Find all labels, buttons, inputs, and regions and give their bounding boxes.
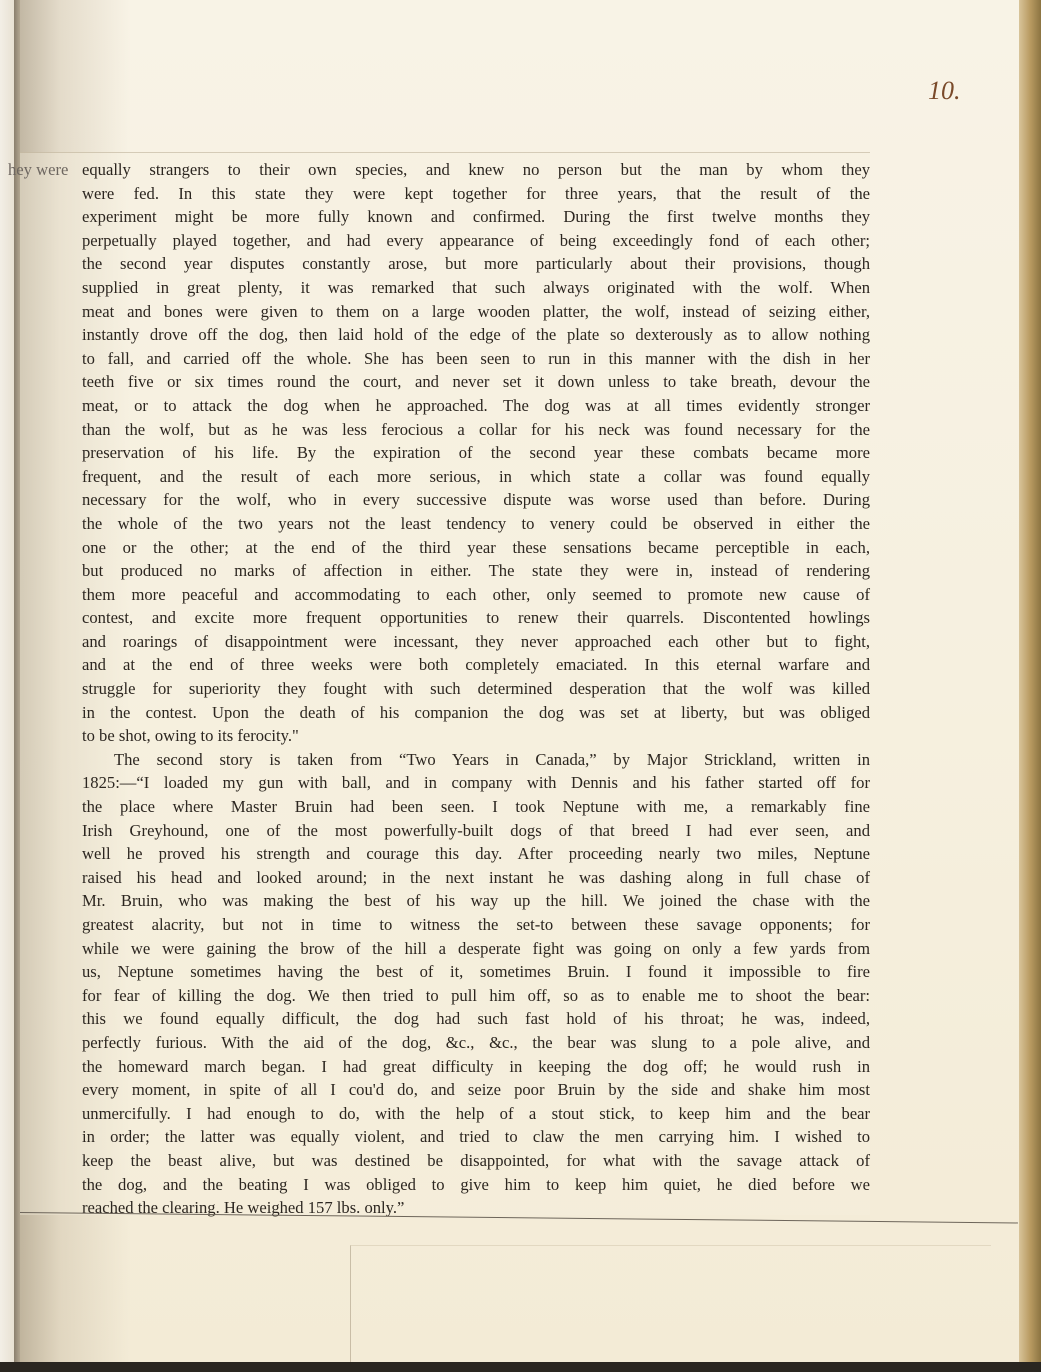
- text-line: greatest alacrity, but not in time to wi…: [82, 913, 870, 937]
- text-line: the second year disputes constantly aros…: [82, 252, 870, 276]
- body-text: equally strangers to their own species, …: [82, 158, 870, 1220]
- text-line: teeth five or six times round the court,…: [82, 370, 870, 394]
- text-line: supplied in great plenty, it was remarke…: [82, 276, 870, 300]
- text-line: 1825:—“I loaded my gun with ball, and in…: [82, 771, 870, 795]
- text-line: and at the end of three weeks were both …: [82, 653, 870, 677]
- text-line: meat, or to attack the dog when he appro…: [82, 394, 870, 418]
- text-line: struggle for superiority they fought wit…: [82, 677, 870, 701]
- text-line: well he proved his strength and courage …: [82, 842, 870, 866]
- text-line: frequent, and the result of each more se…: [82, 465, 870, 489]
- text-line: in the contest. Upon the death of his co…: [82, 701, 870, 725]
- text-line: The second story is taken from “Two Year…: [82, 748, 870, 772]
- paragraph-strickland-story: The second story is taken from “Two Year…: [82, 748, 870, 1220]
- text-line: to fall, and carried off the whole. She …: [82, 347, 870, 371]
- text-line: to be shot, owing to its ferocity.": [82, 724, 870, 748]
- text-line: us, Neptune sometimes having the best of…: [82, 960, 870, 984]
- handwritten-page-number: 10.: [928, 76, 961, 106]
- text-line: instantly drove off the dog, then laid h…: [82, 323, 870, 347]
- text-line: than the wolf, but as he was less feroci…: [82, 418, 870, 442]
- text-line: in order; the latter was equally violent…: [82, 1125, 870, 1149]
- text-line: the whole of the two years not the least…: [82, 512, 870, 536]
- text-line: the homeward march began. I had great di…: [82, 1055, 870, 1079]
- text-line: perfectly furious. With the aid of the d…: [82, 1031, 870, 1055]
- text-line: meat and bones were given to them on a l…: [82, 300, 870, 324]
- text-line: this we found equally difficult, the dog…: [82, 1007, 870, 1031]
- text-line: perpetually played together, and had eve…: [82, 229, 870, 253]
- text-line: but produced no marks of affection in ei…: [82, 559, 870, 583]
- text-line: experiment might be more fully known and…: [82, 205, 870, 229]
- text-line: the place where Master Bruin had been se…: [82, 795, 870, 819]
- text-line: were fed. In this state they were kept t…: [82, 182, 870, 206]
- text-line: them more peaceful and accommodating to …: [82, 583, 870, 607]
- blank-pasted-slip: [350, 1245, 991, 1366]
- text-line: unmercifully. I had enough to do, with t…: [82, 1102, 870, 1126]
- text-line: the dog, and the beating I was obliged t…: [82, 1173, 870, 1197]
- text-line: every moment, in spite of all I cou'd do…: [82, 1078, 870, 1102]
- text-line: keep the beast alive, but was destined b…: [82, 1149, 870, 1173]
- text-line: raised his head and looked around; in th…: [82, 866, 870, 890]
- text-line: for fear of killing the dog. We then tri…: [82, 984, 870, 1008]
- scan-bottom-border: [0, 1362, 1041, 1372]
- text-line: contest, and excite more frequent opport…: [82, 606, 870, 630]
- text-line: Irish Greyhound, one of the most powerfu…: [82, 819, 870, 843]
- text-line: and roarings of disappointment were ince…: [82, 630, 870, 654]
- text-line: equally strangers to their own species, …: [82, 158, 870, 182]
- text-line: preservation of his life. By the expirat…: [82, 441, 870, 465]
- text-line: necessary for the wolf, who in every suc…: [82, 488, 870, 512]
- text-line: Mr. Bruin, who was making the best of hi…: [82, 889, 870, 913]
- text-line: one or the other; at the end of the thir…: [82, 536, 870, 560]
- page-fore-edge: [1019, 0, 1041, 1372]
- text-line: while we were gaining the brow of the hi…: [82, 937, 870, 961]
- paragraph-wolf-dog-experiment: equally strangers to their own species, …: [82, 158, 870, 748]
- cut-off-lead-fragment: hey were: [8, 158, 68, 182]
